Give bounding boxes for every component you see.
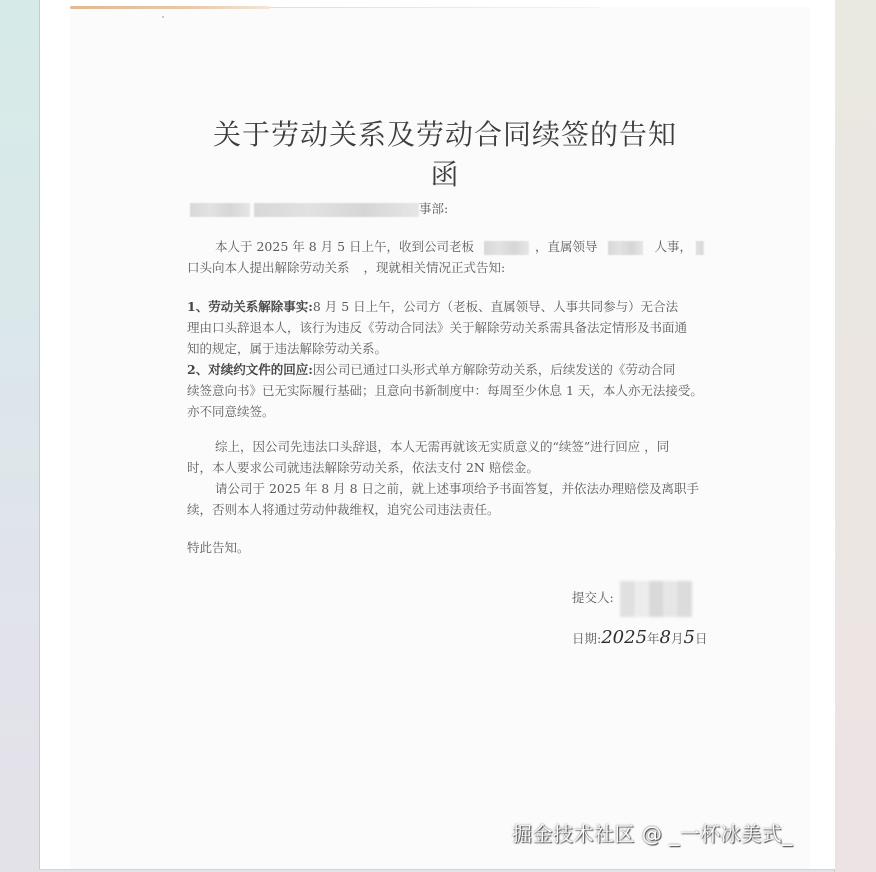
date-label: 日期: [572,631,601,646]
intro-text: ，现就相关情况正式告知: [364,260,506,275]
addressee-line: 事部: [190,198,448,219]
conclusion-line-1: 综上，因公司先违法口头辞退，本人无需再就该无实质意义的“续签”进行回应 ，同 [215,436,669,457]
intro-text: ，直属领导 [535,239,598,254]
redacted-manager-name [608,241,643,255]
scan-edge-mark [70,6,270,9]
point2-line-3: 亦不同意续签。 [187,401,275,422]
date-unit: 年 [647,631,660,646]
date-line: 日期:2025年8月5日 [572,626,707,651]
date-unit: 日 [695,631,708,646]
submitter-line: 提交人: [572,580,692,617]
intro-text: 人事， [655,239,693,254]
conclusion-line-3: 请公司于 2025 年 8 月 8 日之前，就上述事项给予书面答复，并依法办理赔… [215,478,699,499]
date-unit: 月 [671,631,684,646]
conclusion-line-2: 时，本人要求公司就违法解除劳动关系，依法支付 2N 赔偿金。 [187,457,539,478]
point2-heading: 2、对续约文件的回应: [187,362,313,377]
scan-speck [162,16,164,18]
intro-text: 口头向本人提出解除劳动关系 [187,260,350,275]
watermark: 掘金技术社区 @ _一杯冰美式_ [512,818,793,847]
handwritten-day: 5 [684,627,695,648]
point1-text: 8 月 5 日上午，公司方（老板、直属领导、人事共同参与）无合法 [313,299,678,314]
intro-line-2: 口头向本人提出解除劳动关系，现就相关情况正式告知: [187,257,505,278]
addressee-suffix: 事部: [419,201,448,216]
handwritten-year: 2025 [601,627,647,648]
scan-edge-line [270,7,600,8]
point1-heading: 1、劳动关系解除事实: [187,299,313,314]
closing-text: 特此告知。 [187,537,250,558]
right-background [834,0,876,872]
redacted-department [254,203,419,217]
point2-text: 因公司已通过口头形式单方解除劳动关系，后续发送的《劳动合同 [313,362,676,377]
redacted-hr-name [696,241,704,255]
intro-line-1: 本人于 2025 年 8 月 5 日上午，收到公司老板 ，直属领导 人事， [215,236,704,257]
redacted-company-name [190,203,250,217]
handwritten-month: 8 [660,627,671,648]
conclusion-line-4: 续，否则本人将通过劳动仲裁维权，追究公司违法责任。 [187,499,500,520]
point2-line-2: 续签意向书》已无实际履行基础；且意向书新制度中：每周至少休息 1 天，本人亦无法… [187,380,703,401]
point1-line-3: 知的规定，属于违法解除劳动关系。 [187,338,387,359]
point1-line-2: 理由口头辞退本人，该行为违反《劳动合同法》关于解除劳动关系需具备法定情形及书面通 [187,317,687,338]
redacted-signature [620,581,692,617]
document-title: 关于劳动关系及劳动合同续签的告知函 [200,113,690,193]
submitter-label: 提交人: [572,590,614,605]
point2-line-1: 2、对续约文件的回应:因公司已通过口头形式单方解除劳动关系，后续发送的《劳动合同 [187,359,675,380]
point1-line-1: 1、劳动关系解除事实:8 月 5 日上午，公司方（老板、直属领导、人事共同参与）… [187,296,678,317]
left-background [0,0,39,872]
redacted-boss-name [484,241,529,255]
intro-text: 本人于 2025 年 8 月 5 日上午，收到公司老板 [215,239,474,254]
